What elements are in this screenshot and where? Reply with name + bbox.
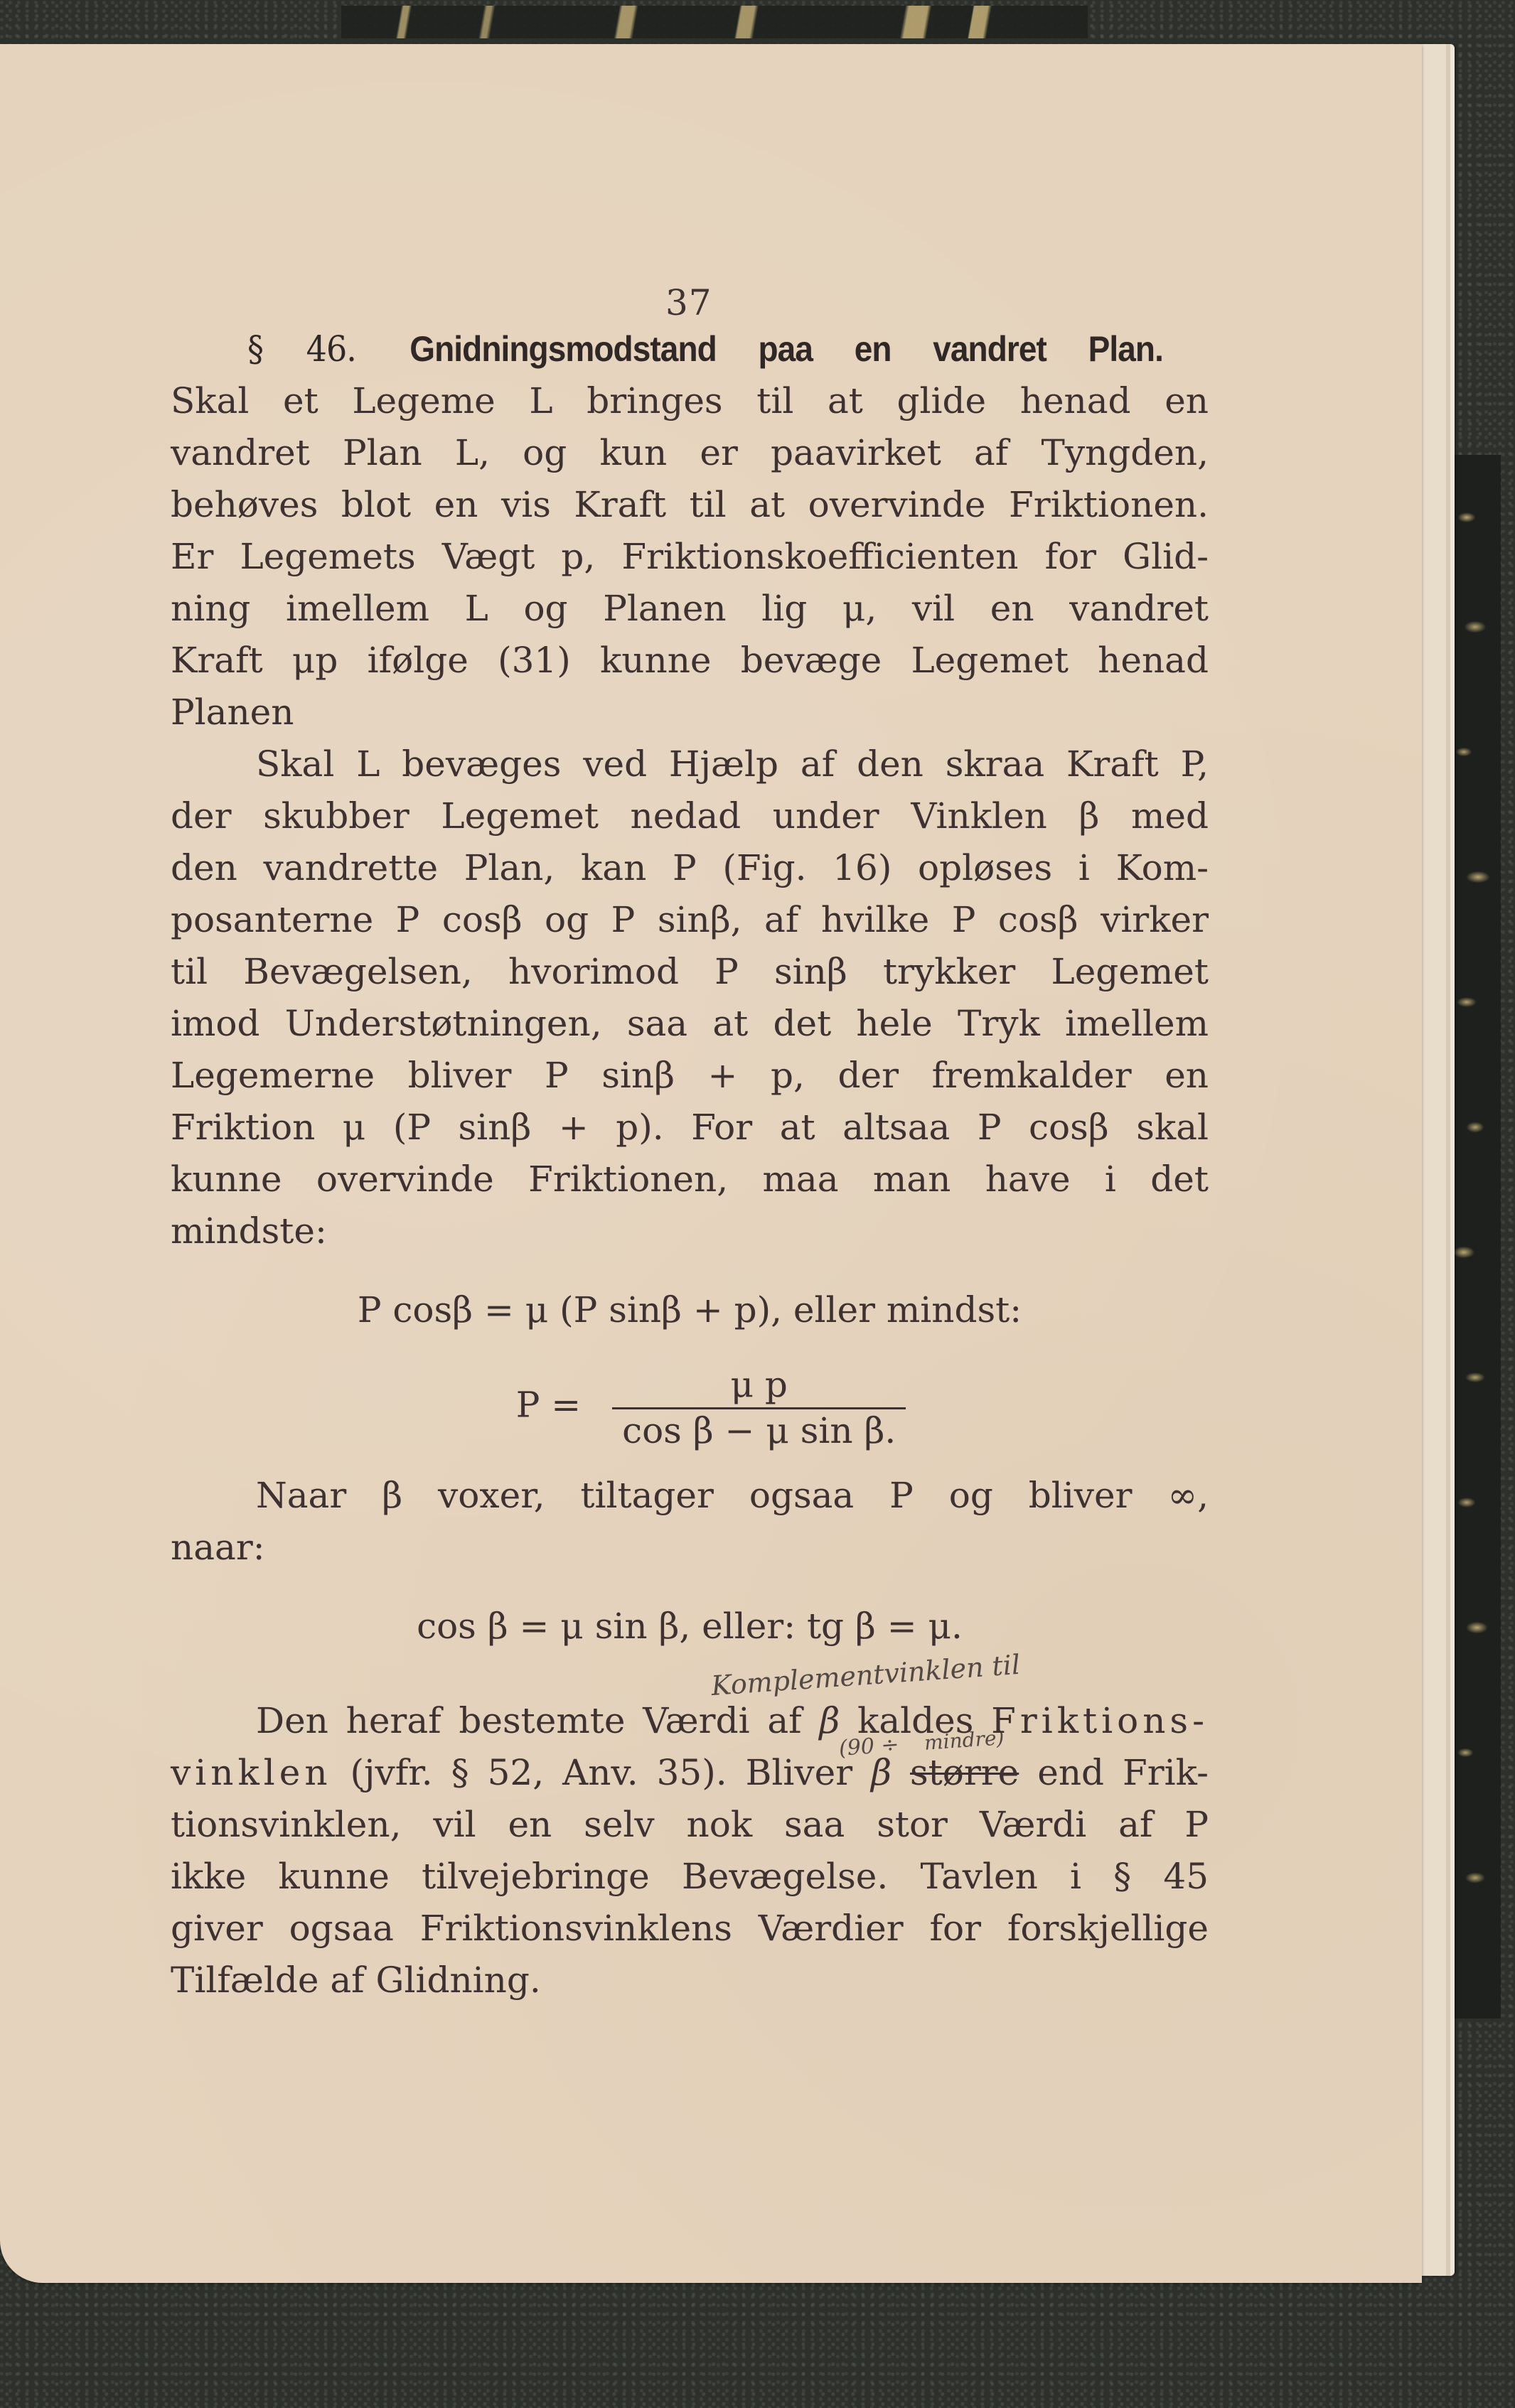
text-line-annotated: vinklen (jvfr. § 52, Anv. 35). Bliver β … — [171, 1747, 1209, 1799]
text-line: Naar β voxer, tiltager ogsaa P og bliver… — [171, 1470, 1209, 1522]
text-line: tionsvinklen, vil en selv nok saa stor V… — [171, 1799, 1209, 1851]
section-number: § 46. — [247, 328, 356, 370]
fraction-denominator: cos β − μ sin β. — [612, 1407, 906, 1452]
struck-word: større — [910, 1752, 1019, 1793]
equation-2: P = μ p cos β − μ sin β. — [171, 1363, 1209, 1470]
text-line: giver ogsaa Friktionsvinklens Værdier fo… — [171, 1903, 1209, 1955]
text-segment: (jvfr. § 52, Anv. 35). Bliver — [350, 1752, 853, 1793]
text-line: ning imellem L og Planen lig μ, vil en v… — [171, 583, 1209, 635]
equation-3: cos β = μ sin β, eller: tg β = μ. — [171, 1601, 1209, 1652]
equation-2-fraction: μ p cos β − μ sin β. — [612, 1363, 906, 1452]
text-line: der skubber Legemet nedad under Vinklen … — [171, 790, 1209, 842]
text-line: mindste: — [171, 1205, 1209, 1257]
marbled-edge-top — [341, 6, 1088, 38]
section-heading: § 46. Gnidningsmodstand paa en vandret P… — [247, 323, 1163, 375]
text-line: den vandrette Plan, kan P (Fig. 16) oplø… — [171, 842, 1209, 894]
page-number: 37 — [665, 282, 712, 323]
text-line: Friktion μ (P sinβ + p). For at altsaa P… — [171, 1102, 1209, 1154]
text-line: Skal L bevæges ved Hjælp af den skraa Kr… — [171, 738, 1209, 790]
text-line: imod Understøtningen, saa at det hele Tr… — [171, 998, 1209, 1050]
text-line: behøves blot en vis Kraft til at overvin… — [171, 479, 1209, 531]
equation-1: P cosβ = μ (P sinβ + p), eller mindst: — [171, 1284, 1209, 1336]
text-line: Kraft μp ifølge (31) kunne bevæge Legeme… — [171, 635, 1209, 687]
text-line: Skal et Legeme L bringes til at glide he… — [171, 375, 1209, 427]
text-line: Planen — [171, 687, 1209, 738]
emphasized-term: Friktions- — [991, 1700, 1209, 1741]
handwritten-note-90: (90 ÷ — [838, 1732, 900, 1761]
text-line: Legemerne bliver P sinβ + p, der fremkal… — [171, 1050, 1209, 1102]
fraction-numerator: μ p — [730, 1363, 787, 1407]
text-segment: Den heraf bestemte Værdi af — [256, 1700, 802, 1741]
page-body: § 46. Gnidningsmodstand paa en vandret P… — [171, 323, 1209, 2006]
text-segment: end Frik- — [1037, 1752, 1209, 1793]
text-line: Tilfælde af Glidning. — [171, 1955, 1209, 2006]
text-line: ikke kunne tilvejebringe Bevægelse. Tavl… — [171, 1851, 1209, 1903]
section-title: Gnidningsmodstand paa en vandret Plan. — [409, 329, 1163, 369]
text-line: kunne overvinde Friktionen, maa man have… — [171, 1154, 1209, 1205]
text-line: naar: — [171, 1522, 1209, 1574]
equation-2-lhs: P = — [516, 1385, 581, 1426]
text-line-annotated: Den heraf bestemte Værdi af β kaldes Fri… — [171, 1695, 1209, 1747]
text-line: vandret Plan L, og kun er paavirket af T… — [171, 427, 1209, 479]
text-line: til Bevægelsen, hvorimod P sinβ trykker … — [171, 946, 1209, 998]
beta-symbol: β — [819, 1700, 840, 1741]
text-line: Er Legemets Vægt p, Friktionskoefficient… — [171, 531, 1209, 583]
emphasized-term: vinklen — [171, 1752, 332, 1793]
text-line: posanterne P cosβ og P sinβ, af hvilke P… — [171, 894, 1209, 946]
